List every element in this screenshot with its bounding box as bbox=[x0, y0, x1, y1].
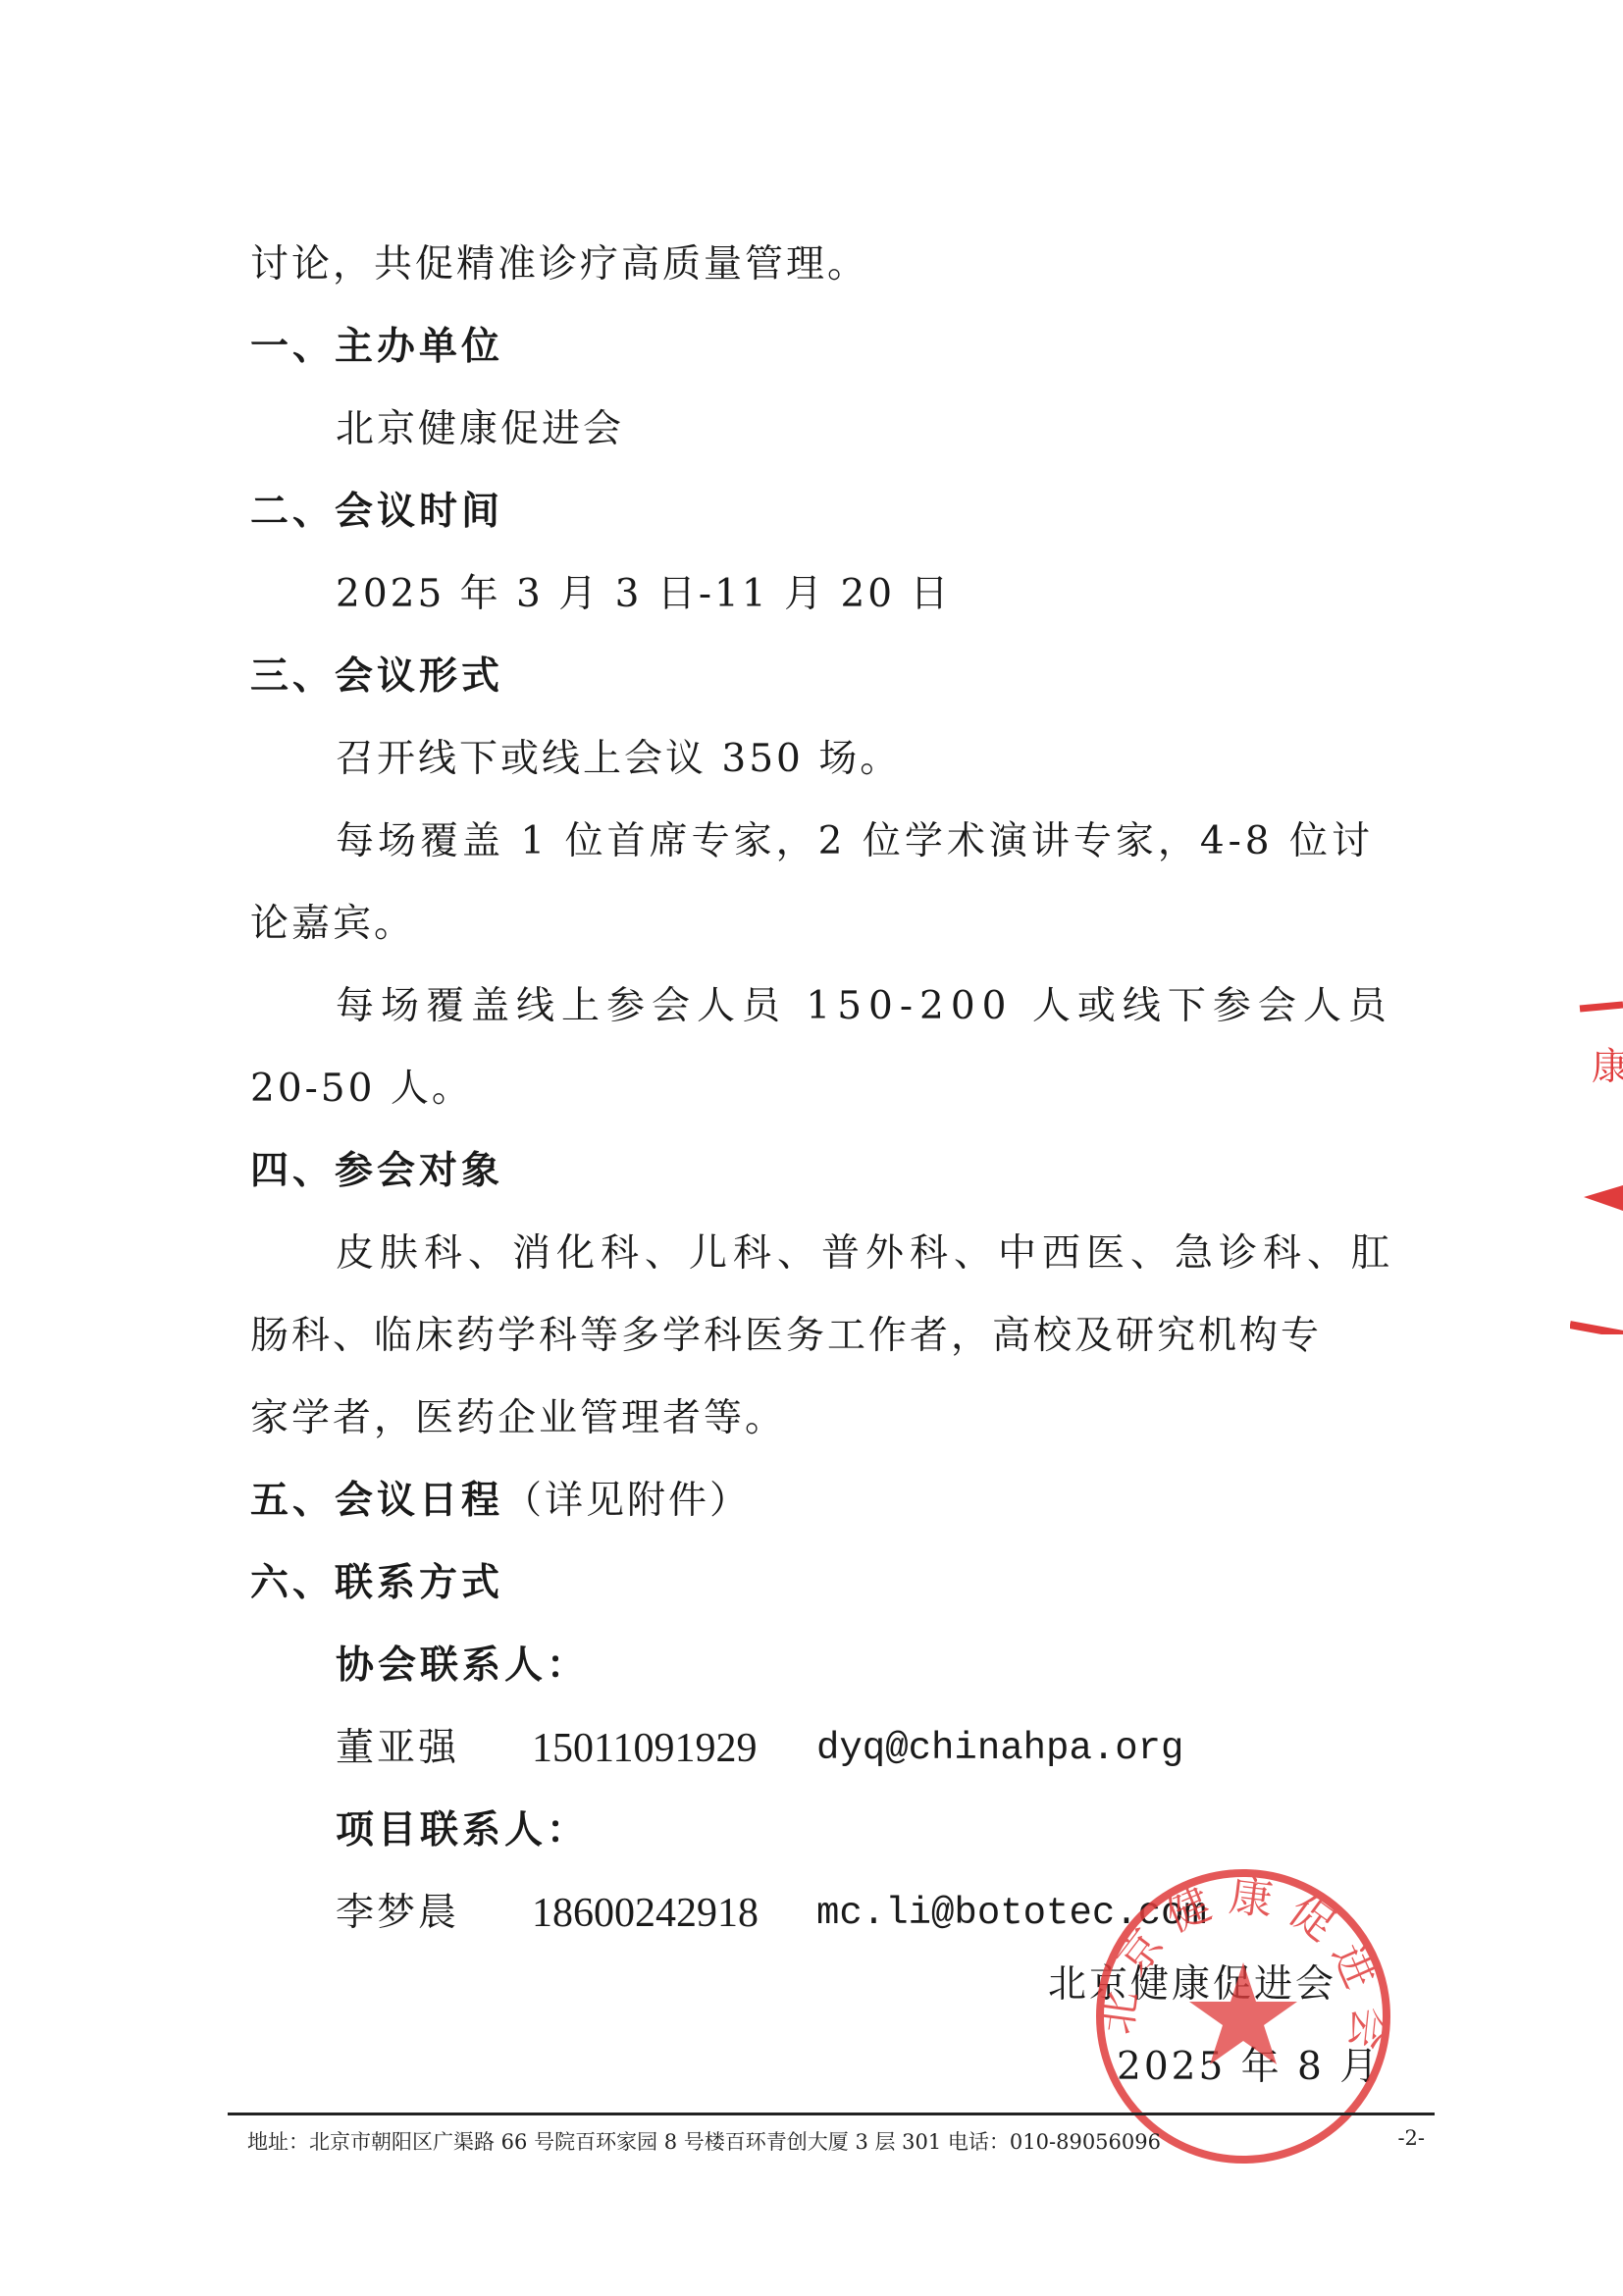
footer-address: 地址：北京市朝阳区广渠路 66 号院百环家园 8 号楼百环青创大厦 3 层 30… bbox=[247, 2126, 1161, 2156]
participants-line-2: 肠科、临床药学科等多学科医务工作者，高校及研究机构专 bbox=[250, 1309, 1322, 1364]
association-contact-phone: 15011091929 bbox=[532, 1721, 816, 1776]
page-number: -2- bbox=[1397, 2126, 1425, 2156]
section-heading-schedule: 五、会议日程（详见附件） bbox=[250, 1474, 751, 1529]
section-heading-participants: 四、参会对象 bbox=[250, 1144, 503, 1199]
project-contact-name: 李梦晨 bbox=[336, 1886, 532, 1941]
footer-divider bbox=[228, 2113, 1435, 2115]
association-contact-row: 董亚强 15011091929 dyq@chinahpa.org bbox=[336, 1721, 1183, 1776]
meeting-time: 2025 年 3 月 3 日-11 月 20 日 bbox=[336, 567, 951, 622]
project-contact-email: mc.li@bototec.com bbox=[816, 1886, 1207, 1941]
intro-tail: 讨论，共促精准诊疗高质量管理。 bbox=[250, 237, 868, 292]
project-contact-phone: 18600242918 bbox=[532, 1886, 816, 1941]
svg-text:康: 康 bbox=[1592, 1045, 1623, 1088]
format-paragraph-1: 召开线下或线上会议 350 场。 bbox=[336, 732, 901, 787]
association-contact-label: 协会联系人： bbox=[336, 1639, 589, 1694]
format-paragraph-3-line-1: 每场覆盖线上参会人员 150-200 人或线下参会人员 bbox=[336, 979, 1393, 1034]
section-heading-time: 二、会议时间 bbox=[250, 485, 503, 540]
association-contact-name: 董亚强 bbox=[336, 1721, 532, 1776]
participants-line-1: 皮肤科、消化科、儿科、普外科、中西医、急诊科、肛 bbox=[336, 1226, 1395, 1281]
section-heading-format: 三、会议形式 bbox=[250, 650, 503, 704]
format-paragraph-2-line-2: 论嘉宾。 bbox=[250, 897, 415, 952]
section-heading-contact: 六、联系方式 bbox=[250, 1556, 503, 1611]
project-contact-row: 李梦晨 18600242918 mc.li@bototec.com bbox=[336, 1886, 1207, 1941]
seam-seal-icon: 康 bbox=[1570, 1001, 1623, 1334]
format-paragraph-2-line-1: 每场覆盖 1 位首席专家，2 位学术演讲专家，4-8 位讨 bbox=[336, 814, 1388, 869]
format-paragraph-3-line-2: 20-50 人。 bbox=[250, 1062, 473, 1117]
participants-line-3: 家学者，医药企业管理者等。 bbox=[250, 1391, 786, 1446]
signature-date: 2025 年 8 月 bbox=[1117, 2040, 1381, 2095]
schedule-note: （详见附件） bbox=[503, 1479, 751, 1523]
signature-organization: 北京健康促进会 bbox=[1048, 1957, 1336, 2012]
organizer-name: 北京健康促进会 bbox=[336, 402, 624, 457]
footer: 地址：北京市朝阳区广渠路 66 号院百环家园 8 号楼百环青创大厦 3 层 30… bbox=[247, 2126, 1425, 2156]
section-heading-organizer: 一、主办单位 bbox=[250, 320, 503, 375]
association-contact-email: dyq@chinahpa.org bbox=[816, 1721, 1183, 1776]
schedule-heading: 五、会议日程 bbox=[250, 1479, 503, 1523]
project-contact-label: 项目联系人： bbox=[336, 1803, 589, 1858]
